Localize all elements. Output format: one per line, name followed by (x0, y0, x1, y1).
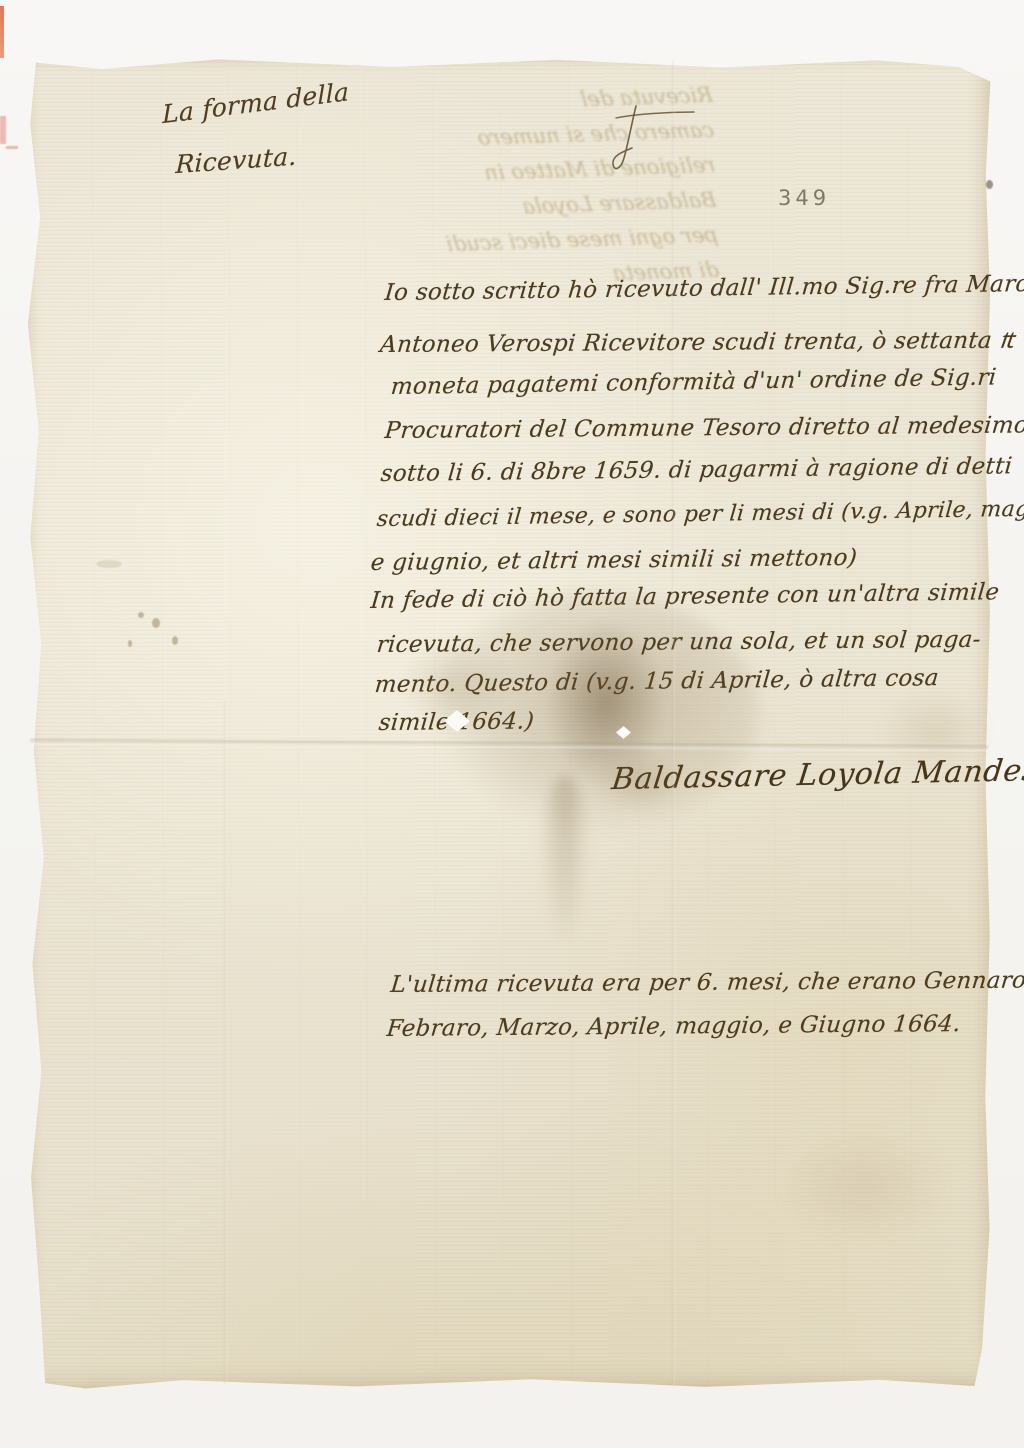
ink-speck-right-edge (986, 180, 993, 189)
ink-speck (172, 636, 178, 645)
footnote-line-2: Febraro, Marzo, Aprile, maggio, e Giugno… (385, 1011, 961, 1042)
ink-speck (138, 612, 144, 618)
ink-speck (128, 640, 132, 647)
scan-artifact-red-streak-mid (0, 116, 6, 144)
scanned-document-page: Ricevuta del camero che si numero religi… (0, 0, 1024, 1448)
ink-speck (96, 560, 122, 568)
cross-mark-icon (606, 92, 702, 184)
body-line-9: ricevuta, che servono per una sola, et u… (375, 627, 982, 658)
scan-artifact-red-dash (6, 146, 18, 149)
body-line-4: Procuratori del Commune Tesoro diretto a… (383, 412, 1024, 444)
ink-speck (152, 618, 160, 628)
archive-number: 349 (778, 186, 830, 210)
body-line-2: Antoneo Verospi Ricevitore scudi trenta,… (379, 323, 1016, 359)
footnote-line-1: L'ultima ricevuta era per 6. mesi, che e… (389, 968, 1024, 998)
scan-artifact-red-streak-top (0, 6, 4, 58)
body-line-7: e giugnio, et altri mesi simili si metto… (370, 545, 859, 576)
